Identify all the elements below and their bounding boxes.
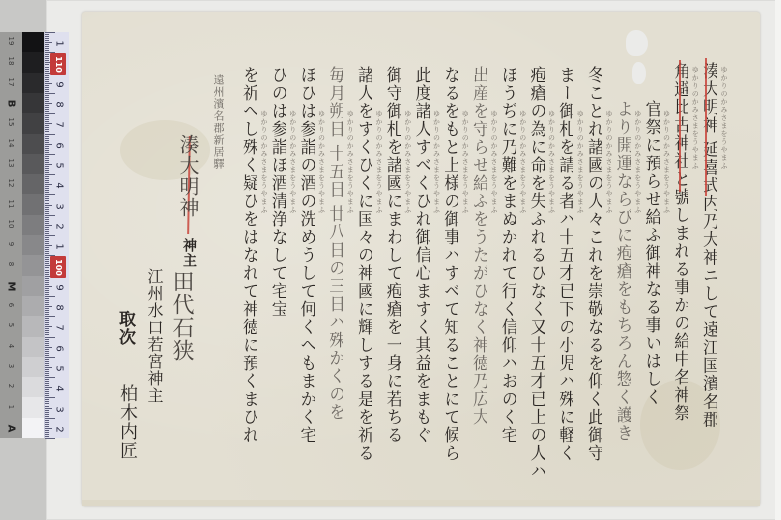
ruler-tick — [45, 377, 55, 378]
ruler-tick — [45, 134, 55, 135]
text-column: を祈へし殊く疑ひをはなれて神徳に預くまひれ — [240, 66, 257, 444]
ruler-tick — [45, 123, 52, 124]
ruler-tick — [45, 125, 49, 126]
ruler-tick — [45, 286, 52, 287]
ruler-tick — [45, 326, 52, 327]
text-column: 諸人をすくひくに国々の神國に輝しする是を祈る — [355, 66, 372, 462]
ruler-tick — [45, 221, 49, 222]
ruler-tick — [45, 339, 49, 340]
role-kannushi: 神主 — [182, 238, 196, 268]
ruler-tick — [45, 249, 49, 250]
furigana-annotation: ゆかりのかみさまをうやまふ — [604, 110, 614, 214]
ruler-tick — [45, 422, 49, 423]
ruler-tick — [45, 288, 49, 289]
ruler-number: 3 — [54, 401, 65, 417]
ruler-tick — [45, 156, 49, 157]
ruler-tick — [45, 272, 49, 273]
ruler-number: 4 — [54, 178, 65, 194]
ruler-tick — [45, 172, 49, 173]
ruler-tick — [45, 54, 49, 55]
ruler-tick — [45, 34, 49, 35]
ruler-tick — [45, 50, 49, 51]
ruler-tick — [45, 337, 55, 338]
ruler-tick — [45, 343, 49, 344]
ruler-tick — [45, 109, 49, 110]
ruler-tick — [45, 371, 49, 372]
ruler-tick — [45, 391, 49, 392]
ruler-tick — [45, 142, 49, 143]
ruler-tick — [45, 408, 52, 409]
ruler-tick — [45, 152, 49, 153]
ruler-tick — [45, 373, 49, 374]
ruler-tick — [45, 148, 49, 149]
ruler-tick — [45, 95, 49, 96]
ruler-tick — [45, 318, 49, 319]
ruler-tick — [45, 332, 49, 333]
text-column: ほうぢに乃難をまぬかれて行く信仰ハおのく宅 — [499, 66, 516, 444]
paper-tear-hole — [626, 30, 648, 56]
gray-scale-label: 17 — [7, 73, 15, 91]
ruler-tick — [45, 225, 52, 226]
ruler-tick — [45, 436, 49, 437]
ruler-tick — [45, 310, 49, 311]
ruler-tick — [45, 432, 49, 433]
gray-patch — [22, 377, 44, 398]
ruler-tick — [45, 345, 49, 346]
ruler-tick — [45, 257, 49, 258]
ruler-tick — [45, 270, 49, 271]
text-column: 冬ことれ諸國の人々これを崇敬なるを仰く此御守 — [585, 66, 602, 462]
ruler-tick — [45, 194, 55, 195]
ruler-tick — [45, 223, 49, 224]
ruler-tick — [45, 430, 49, 431]
ruler-tick — [45, 330, 49, 331]
ruler-tick — [45, 375, 49, 376]
ruler-tick — [45, 284, 49, 285]
gray-patch — [22, 235, 44, 256]
ruler-tick — [45, 414, 49, 415]
ruler-tick — [45, 349, 49, 350]
ruler-tick — [45, 160, 49, 161]
furigana-annotation: ゆかりのかみさまをうやまふ — [317, 110, 327, 214]
ruler-number: 8 — [54, 97, 65, 113]
ruler-tick — [45, 105, 49, 106]
ruler-tick — [45, 369, 49, 370]
gray-scale-label: 11 — [7, 195, 15, 213]
text-column: 毎月朔日 十五日 廿八日の三日ハ殊かくのを — [326, 66, 343, 421]
ruler-tick — [45, 426, 49, 427]
ruler-tick — [45, 180, 49, 181]
ruler-tick — [45, 365, 49, 366]
ruler-tick — [45, 131, 49, 132]
ruler-tick — [45, 361, 49, 362]
toritsugi-name: 柏木内匠 — [118, 384, 136, 460]
gray-patch — [22, 174, 44, 195]
gray-scale-label: 2 — [7, 377, 15, 395]
furigana-annotation: ゆかりのかみさまをうやまふ — [518, 110, 528, 214]
text-column: 此度諸人すべくひれ御信心ますく其益をまもぐ — [413, 66, 430, 444]
ruler-tick — [45, 403, 49, 404]
ruler-tick — [45, 36, 49, 37]
ruler-tick — [45, 334, 49, 335]
ruler-tick — [45, 140, 49, 141]
ruler-tick — [45, 359, 49, 360]
ruler-tick — [45, 56, 49, 57]
ruler-tick — [45, 253, 49, 254]
ruler-tick — [45, 341, 49, 342]
role-toritsugi: 取次 — [116, 310, 133, 346]
ruler-tick — [45, 383, 49, 384]
ruler-tick — [45, 217, 49, 218]
ruler-tick — [45, 267, 49, 268]
text-column: 御守御札を諸國にまわして疱瘡を一身に若ちる — [384, 66, 401, 444]
ruler-tick — [45, 324, 49, 325]
ruler-tick — [45, 428, 52, 429]
text-column: より開運ならびに疱瘡をもちろん惣く護き — [614, 100, 631, 442]
text-column: 疱瘡の為に命を失ふれるひなく又十五才已上の人ハ — [528, 66, 545, 480]
ruler-tick — [45, 117, 49, 118]
gray-patch — [22, 397, 44, 418]
ruler-tick — [45, 190, 49, 191]
ruler-number: 1 — [54, 36, 65, 52]
ruler-tick — [45, 320, 49, 321]
ruler-tick — [45, 207, 49, 208]
ruler-tick — [45, 298, 49, 299]
red-pencil-mark — [705, 58, 707, 196]
ruler-tick — [45, 239, 49, 240]
ruler-tick — [45, 304, 49, 305]
ruler-tick — [45, 347, 52, 348]
ruler-tick — [45, 203, 49, 204]
gray-scale-label: B — [6, 95, 17, 113]
ruler-tick — [45, 58, 49, 59]
ruler-tick — [45, 420, 49, 421]
gray-patch — [22, 296, 44, 317]
furigana-annotation: ゆかりのかみさまをうやまふ — [403, 110, 413, 214]
gray-scale-label: 3 — [7, 357, 15, 375]
ruler-tick — [45, 328, 49, 329]
gray-scale-label: 1 — [7, 398, 15, 416]
ruler-tick — [45, 170, 49, 171]
ruler-tick — [45, 200, 49, 201]
ruler-number: 5 — [54, 360, 65, 376]
gray-patch — [22, 337, 44, 358]
ruler-tick — [45, 87, 49, 88]
kannushi-name: 田代石狭 — [170, 270, 192, 362]
gray-scale-label: 15 — [7, 113, 15, 131]
ruler-tick — [45, 235, 55, 236]
ruler-tick — [45, 410, 49, 411]
measurement-ruler: 234567891001234567891101 — [44, 32, 69, 438]
furigana-annotation: ゆかりのかみさまをうやまふ — [345, 110, 355, 214]
text-column: まー御札を請る者ハ十五才已下の小児ハ殊に軽く — [556, 66, 573, 462]
gray-scale-label: 5 — [7, 316, 15, 334]
ruler-tick — [45, 113, 55, 114]
ruler-tick — [45, 192, 49, 193]
ruler-tick — [45, 79, 49, 80]
ruler-tick — [45, 308, 49, 309]
ruler-tick — [45, 99, 49, 100]
ruler-tick — [45, 406, 49, 407]
furigana-annotation: ゆかりのかみさまをうやまふ — [374, 110, 384, 214]
ruler-tick — [45, 229, 49, 230]
ruler-tick — [45, 259, 49, 260]
ruler-tick — [45, 196, 49, 197]
gray-patch — [22, 255, 44, 276]
ruler-tick — [45, 280, 49, 281]
text-column: 出産を守らせ給ふをうたがひなく神徳乃広大 — [470, 66, 487, 426]
ruler-tick — [45, 393, 49, 394]
ruler-tick — [45, 290, 49, 291]
gray-patch — [22, 154, 44, 175]
ruler-tick — [45, 93, 55, 94]
ruler-tick — [45, 38, 49, 39]
ruler-tick — [45, 306, 52, 307]
furigana-annotation: ゆかりのかみさまをうやまふ — [719, 66, 729, 170]
furigana-annotation: ゆかりのかみさまをうやまふ — [633, 110, 643, 214]
ruler-tick — [45, 213, 49, 214]
furigana-annotation: ゆかりのかみさまをうやまふ — [662, 110, 672, 214]
ruler-tick — [45, 166, 49, 167]
ruler-tick — [45, 302, 49, 303]
furigana-annotation: ゆかりのかみさまをうやまふ — [259, 110, 269, 214]
mounting-board-edge — [775, 0, 781, 520]
furigana-annotation: ゆかりのかみさまをうやまふ — [489, 110, 499, 214]
ruler-tick — [45, 245, 52, 246]
ruler-tick — [45, 363, 49, 364]
ruler-tick — [45, 91, 49, 92]
ruler-tick — [45, 119, 49, 120]
ruler-tick — [45, 60, 49, 61]
ruler-tick — [45, 174, 55, 175]
ruler-number: 5 — [54, 157, 65, 173]
ruler-tick — [45, 129, 49, 130]
text-column: なるをもと上様の御事ハすべて知ることにて候ら — [441, 66, 458, 462]
ruler-tick — [45, 389, 49, 390]
ruler-tick — [45, 75, 49, 76]
ruler-tick — [45, 81, 49, 82]
ruler-tick — [45, 416, 49, 417]
ruler-number: 8 — [54, 300, 65, 316]
ruler-number: 6 — [54, 137, 65, 153]
ruler-tick — [45, 351, 49, 352]
gray-scale-label: 4 — [7, 337, 15, 355]
ruler-number: 1 — [54, 239, 65, 255]
ruler-tick — [45, 231, 49, 232]
ruler-number: 3 — [54, 198, 65, 214]
ruler-tick — [45, 292, 49, 293]
ruler-tick — [45, 438, 55, 439]
text-column: ひのは参詣ほ酒清浄なして宅宝 — [269, 66, 286, 318]
ruler-tick — [45, 158, 49, 159]
red-pencil-mark — [679, 60, 681, 192]
gray-patch — [22, 194, 44, 215]
ruler-tick — [45, 387, 52, 388]
ruler-tick — [45, 164, 52, 165]
ruler-tick — [45, 314, 49, 315]
ruler-tick — [45, 198, 49, 199]
ruler-tick — [45, 69, 49, 70]
ruler-tick — [45, 186, 49, 187]
ruler-tick — [45, 40, 49, 41]
text-column: 官祭に預らせ給ふ御神なる事いはしく — [643, 100, 660, 406]
ruler-tick — [45, 138, 49, 139]
ruler-tick — [45, 434, 49, 435]
ruler-tick — [45, 397, 55, 398]
gray-scale-label: 18 — [7, 52, 15, 70]
ruler-tick — [45, 48, 49, 49]
ruler-tick — [45, 211, 49, 212]
gray-scale-label: 13 — [7, 154, 15, 172]
ruler-tick — [45, 184, 52, 185]
ruler-tick — [45, 294, 49, 295]
furigana-annotation: ゆかりのかみさまをうやまふ — [432, 110, 442, 214]
paper-bottom-edge — [82, 500, 760, 506]
ruler-tick — [45, 188, 49, 189]
ruler-tick — [45, 316, 55, 317]
gray-scale-label: 12 — [7, 174, 15, 192]
ruler-tick — [45, 247, 49, 248]
text-column: ほひは参詣の酒の洗めうして何くへもまかく宅 — [298, 66, 315, 444]
ruler-tick — [45, 111, 49, 112]
origin-line: 遠州濱名郡新居驛 — [213, 74, 224, 170]
ruler-tick — [45, 278, 49, 279]
ruler-tick — [45, 233, 49, 234]
gray-scale-label: 8 — [7, 255, 15, 273]
ruler-tick — [45, 282, 49, 283]
gray-scale-label: M — [6, 277, 17, 295]
ruler-tick — [45, 178, 49, 179]
ruler-tick — [45, 209, 49, 210]
ruler-tick — [45, 322, 49, 323]
ruler-tick — [45, 296, 55, 297]
furigana-annotation: ゆかりのかみさまをうやまふ — [460, 110, 470, 214]
ruler-number: 9 — [54, 76, 65, 92]
ruler-tick — [45, 399, 49, 400]
gray-patch — [22, 215, 44, 236]
ruler-tick — [45, 44, 49, 45]
ruler-highlight-number: 110 — [50, 53, 66, 75]
gray-patch — [22, 134, 44, 155]
ruler-tick — [45, 355, 49, 356]
ruler-tick — [45, 64, 49, 65]
ruler-tick — [45, 237, 49, 238]
ruler-number: 6 — [54, 340, 65, 356]
ruler-number: 4 — [54, 381, 65, 397]
gray-patch — [22, 418, 44, 439]
gray-scale-label: 14 — [7, 134, 15, 152]
ruler-tick — [45, 243, 49, 244]
ruler-tick — [45, 136, 49, 137]
ruler-tick — [45, 150, 49, 151]
ruler-tick — [45, 353, 49, 354]
ruler-highlight-number: 100 — [50, 256, 66, 278]
ruler-tick — [45, 274, 49, 275]
ruler-tick — [45, 263, 49, 264]
ruler-tick — [45, 418, 55, 419]
ruler-tick — [45, 215, 55, 216]
gray-patch — [22, 32, 44, 53]
gray-scale-label: 10 — [7, 215, 15, 233]
ruler-tick — [45, 97, 49, 98]
ruler-tick — [45, 381, 49, 382]
gray-patch — [22, 276, 44, 297]
ruler-tick — [45, 261, 49, 262]
ruler-tick — [45, 146, 49, 147]
ruler-tick — [45, 385, 49, 386]
ruler-tick — [45, 85, 49, 86]
ruler-number: 2 — [54, 218, 65, 234]
ruler-tick — [45, 103, 52, 104]
paper-tear-hole — [632, 62, 646, 84]
ruler-tick — [45, 77, 49, 78]
ruler-tick — [45, 219, 49, 220]
furigana-annotation: ゆかりのかみさまをうやまふ — [575, 110, 585, 214]
affiliation-line: 江州水口若宮神主 — [146, 268, 162, 404]
ruler-tick — [45, 42, 52, 43]
ruler-tick — [45, 227, 49, 228]
ruler-tick — [45, 357, 55, 358]
ruler-tick — [45, 241, 49, 242]
ruler-tick — [45, 154, 55, 155]
ruler-tick — [45, 312, 49, 313]
ruler-tick — [45, 412, 49, 413]
ruler-number: 9 — [54, 279, 65, 295]
ruler-tick — [45, 101, 49, 102]
ruler-tick — [45, 300, 49, 301]
ruler-tick — [45, 176, 49, 177]
ruler-tick — [45, 182, 49, 183]
ruler-tick — [45, 251, 49, 252]
text-column: 湊大明神 延喜式内乃大神ニして遠江国濱名郡 — [700, 62, 717, 428]
ruler-tick — [45, 46, 49, 47]
gray-patch — [22, 93, 44, 114]
furigana-annotation: ゆかりのかみさまをうやまふ — [547, 110, 557, 214]
furigana-annotation: ゆかりのかみさまをうやまふ — [288, 110, 298, 214]
gray-scale-label: 6 — [7, 296, 15, 314]
ruler-tick — [45, 401, 49, 402]
ruler-number: 7 — [54, 320, 65, 336]
ruler-number: 2 — [54, 421, 65, 437]
ruler-tick — [45, 115, 49, 116]
shrine-name: 湊大明神 — [178, 134, 198, 218]
ruler-tick — [45, 107, 49, 108]
gray-patch — [22, 52, 44, 73]
gray-patch — [22, 357, 44, 378]
furigana-annotation: ゆかりのかみさまをうやまふ — [690, 66, 700, 170]
ruler-tick — [45, 162, 49, 163]
ruler-tick — [45, 89, 49, 90]
gray-patch — [22, 113, 44, 134]
ruler-number: 7 — [54, 117, 65, 133]
ruler-tick — [45, 379, 49, 380]
ruler-tick — [45, 424, 49, 425]
ruler-tick — [45, 71, 49, 72]
gray-patch — [22, 73, 44, 94]
ruler-tick — [45, 121, 49, 122]
gray-scale-label: 19 — [7, 32, 15, 50]
ruler-tick — [45, 32, 55, 33]
gray-scale-label: 9 — [7, 235, 15, 253]
ruler-tick — [45, 67, 49, 68]
ruler-tick — [45, 205, 52, 206]
ruler-tick — [45, 83, 52, 84]
gray-patch — [22, 316, 44, 337]
ruler-tick — [45, 395, 49, 396]
gray-scale-label: A — [6, 419, 17, 437]
ruler-tick — [45, 367, 52, 368]
ruler-tick — [45, 127, 49, 128]
